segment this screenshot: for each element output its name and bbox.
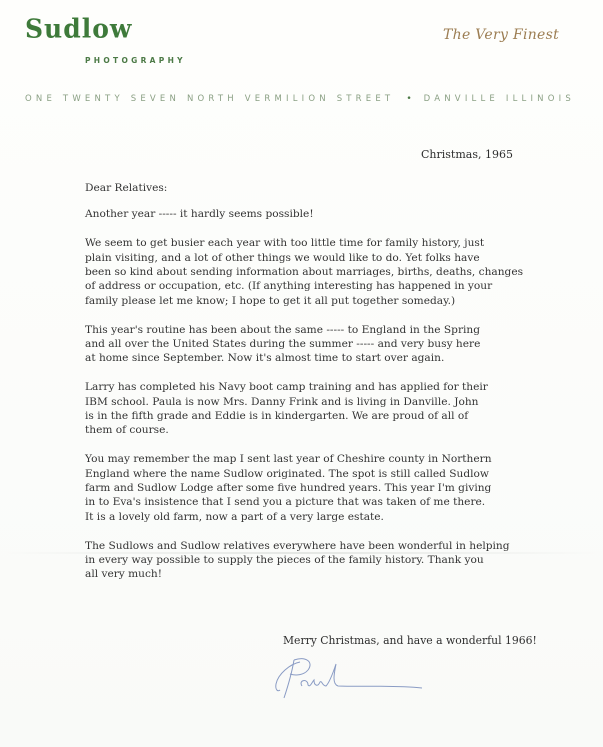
address-street: ONE TWENTY SEVEN NORTH VERMILION STREET [25, 94, 394, 104]
letter-paragraph: You may remember the map I sent last yea… [85, 452, 555, 524]
address-city: DANVILLE ILLINOIS [424, 94, 575, 104]
letter-paragraph: The Sudlows and Sudlow relatives everywh… [85, 539, 555, 582]
letterhead-subtitle: PHOTOGRAPHY [85, 56, 186, 65]
letterhead-tagline: The Very Finest [443, 27, 559, 43]
letter-paragraph: Larry has completed his Navy boot camp t… [85, 380, 555, 438]
letter-paragraph: Another year ----- it hardly seems possi… [85, 207, 555, 221]
letter-paragraph: This year's routine has been about the s… [85, 323, 555, 366]
letterhead-address: ONE TWENTY SEVEN NORTH VERMILION STREET•… [25, 94, 595, 104]
handwritten-signature [272, 652, 432, 702]
letter-paragraph: We seem to get busier each year with too… [85, 236, 555, 308]
bullet-separator-icon: • [406, 94, 411, 104]
letter-body: Dear Relatives: Another year ----- it ha… [85, 181, 555, 596]
letter-page: Sudlow PHOTOGRAPHY The Very Finest ONE T… [0, 0, 603, 747]
letterhead-brand: Sudlow [25, 13, 132, 43]
letter-salutation: Dear Relatives: [85, 181, 555, 195]
letter-closing: Merry Christmas, and have a wonderful 19… [283, 634, 537, 647]
letter-date: Christmas, 1965 [421, 148, 513, 161]
